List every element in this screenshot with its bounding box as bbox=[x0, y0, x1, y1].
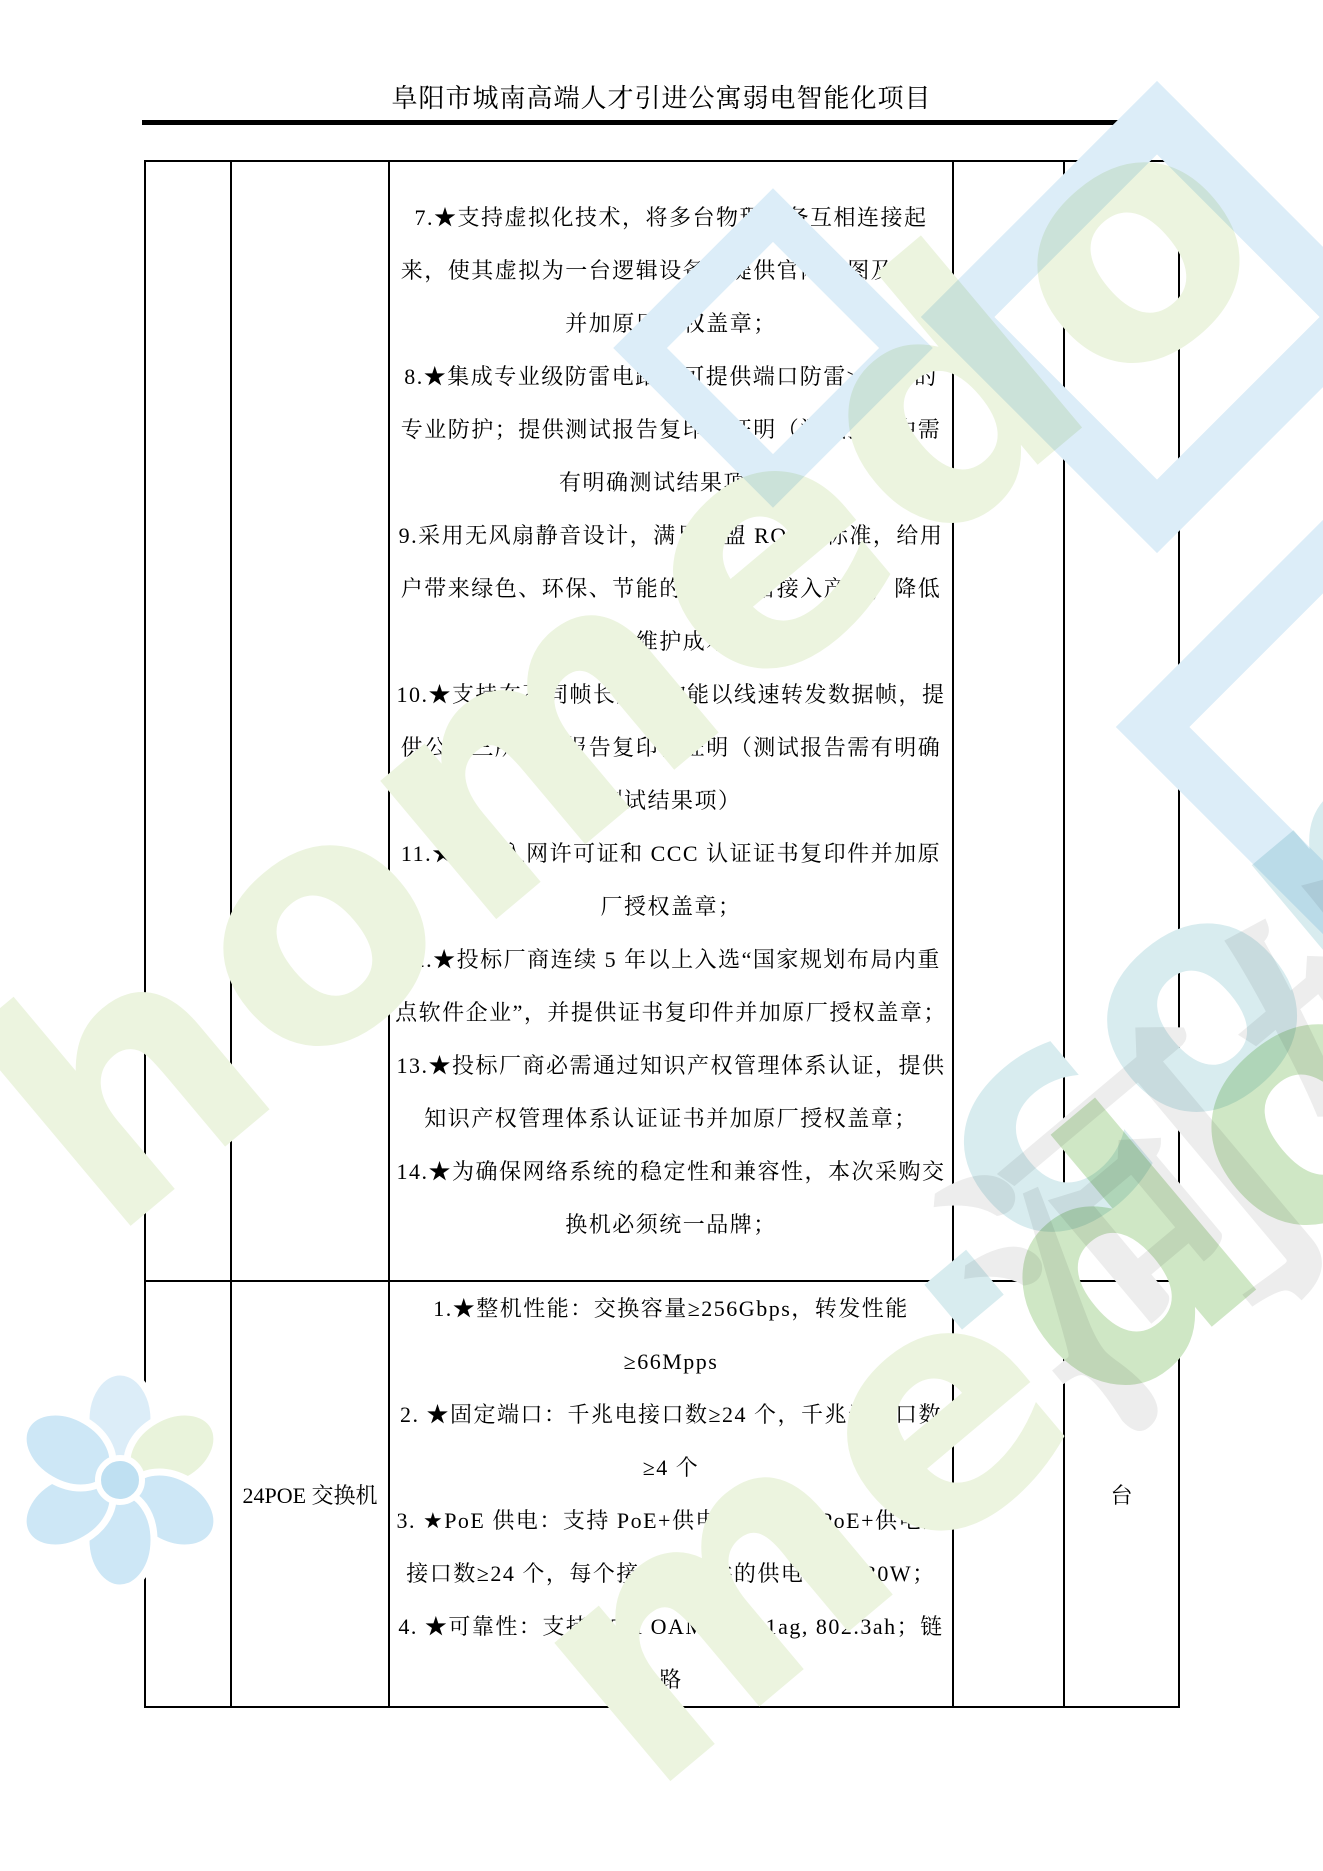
row-number-cell: 8 bbox=[145, 1281, 231, 1707]
spec-item: 7.★支持虚拟化技术，将多台物理设备互相连接起来，使其虚拟为一台逻辑设备；提供官… bbox=[394, 191, 948, 350]
spec-item: 13.★投标厂商必需通过知识产权管理体系认证，提供知识产权管理体系认证证书并加原… bbox=[394, 1039, 948, 1145]
spec-item: 11.★提供入网许可证和 CCC 认证证书复印件并加原厂授权盖章； bbox=[394, 827, 948, 933]
quantity-cell bbox=[953, 161, 1064, 1281]
spec-cell: 1.★整机性能：交换容量≥256Gbps，转发性能≥66Mpps 2. ★固定端… bbox=[389, 1281, 953, 1707]
spec-table: 7.★支持虚拟化技术，将多台物理设备互相连接起来，使其虚拟为一台逻辑设备；提供官… bbox=[144, 160, 1180, 1708]
spec-item: 14.★为确保网络系统的稳定性和兼容性，本次采购交换机必须统一品牌； bbox=[394, 1145, 948, 1251]
unit-cell: 台 bbox=[1064, 1281, 1179, 1707]
spec-item: 1.★整机性能：交换容量≥256Gbps，转发性能≥66Mpps bbox=[394, 1282, 948, 1388]
unit-cell bbox=[1064, 161, 1179, 1281]
page-number: - 57 - bbox=[0, 1722, 1323, 1743]
spec-item: 12.★投标厂商连续 5 年以上入选“国家规划布局内重点软件企业”，并提供证书复… bbox=[394, 933, 948, 1039]
page-title: 阜阳市城南高端人才引进公寓弱电智能化项目 bbox=[0, 78, 1323, 115]
spec-item: 10.★支持在不同帧长度下均能以线速转发数据帧，提供公安三所测试报告复印件证明（… bbox=[394, 668, 948, 827]
quantity-cell: 3 bbox=[953, 1281, 1064, 1707]
item-name-cell bbox=[231, 161, 389, 1281]
item-name-cell: 24POE 交换机 bbox=[231, 1281, 389, 1707]
document-page: 阜阳市城南高端人才引进公寓弱电智能化项目 7.★支持虚拟化技术，将多台物理设备互… bbox=[0, 0, 1323, 1871]
table-row-continuation: 7.★支持虚拟化技术，将多台物理设备互相连接起来，使其虚拟为一台逻辑设备；提供官… bbox=[145, 161, 1179, 1281]
table-row-8: 8 24POE 交换机 1.★整机性能：交换容量≥256Gbps，转发性能≥66… bbox=[145, 1281, 1179, 1707]
header-rule bbox=[142, 120, 1183, 125]
spec-item: 9.采用无风扇静音设计，满足欧盟 ROHS 标准，给用户带来绿色、环保、节能的全… bbox=[394, 509, 948, 668]
row-number-cell bbox=[145, 161, 231, 1281]
spec-item: 4. ★可靠性：支持 ETH OAM: 802.1ag, 802.3ah；链路 bbox=[394, 1600, 948, 1706]
spec-item: 3. ★PoE 供电：支持 PoE+供电，可提供 PoE+供电的接口数≥24 个… bbox=[394, 1494, 948, 1600]
spec-item: 8.★集成专业级防雷电路，可提供端口防雷≥9KV 的专业防护；提供测试报告复印件… bbox=[394, 350, 948, 509]
spec-cell: 7.★支持虚拟化技术，将多台物理设备互相连接起来，使其虚拟为一台逻辑设备；提供官… bbox=[389, 161, 953, 1281]
spec-item: 2. ★固定端口：千兆电接口数≥24 个，千兆光接口数≥4 个 bbox=[394, 1388, 948, 1494]
